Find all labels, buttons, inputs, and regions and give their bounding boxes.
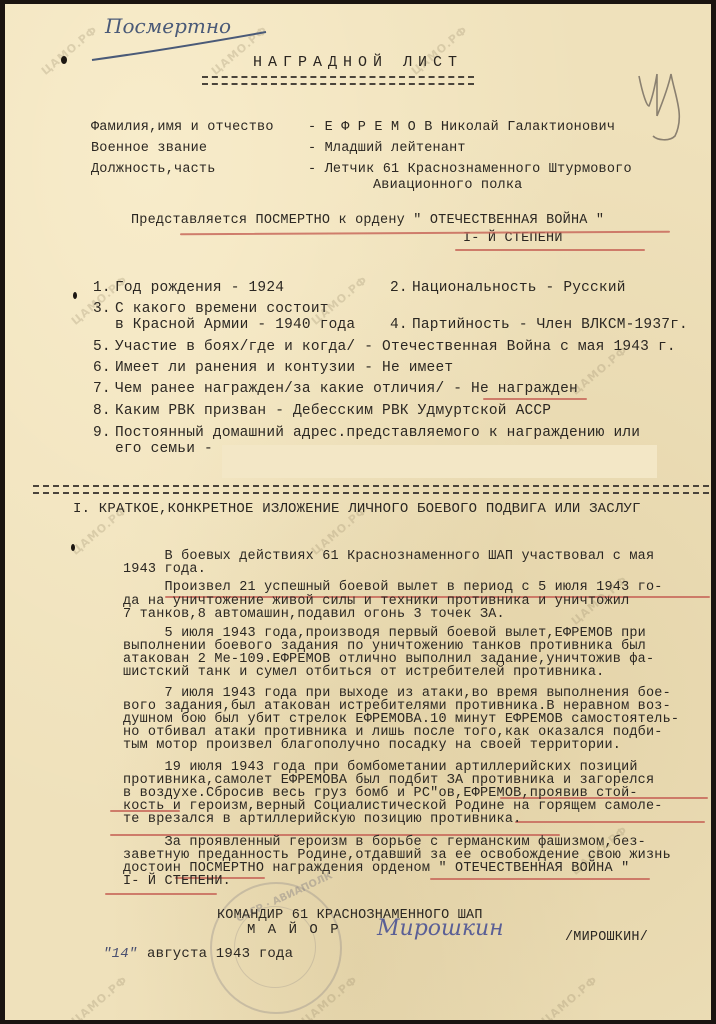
item-battles: 5.Участие в боях/где и когда/ - Отечеств… (93, 339, 676, 355)
value-rank: - Младший лейтенант (308, 141, 466, 156)
date-month-year: августа 1943 года (147, 946, 293, 962)
title-underline (202, 76, 474, 85)
watermark: ЦАМО.РФ (69, 973, 130, 1020)
commander-name: /МИРОШКИН/ (565, 930, 648, 945)
item-nationality: 2.Национальность - Русский (390, 280, 626, 296)
narrative-line: 7 танков,8 автомашин,подавил огонь 3 точ… (123, 609, 505, 622)
item-birth-year: 1.Год рождения - 1924 (93, 280, 284, 296)
section-separator (33, 485, 709, 494)
award-sheet-page: ЦАМО.РФ ЦАМО.РФ ЦАМО.РФ ЦАМО.РФ ЦАМО.РФ … (5, 4, 711, 1020)
red-underline (455, 249, 645, 251)
narrative-line: Произвел 21 успешный боевой вылет в пери… (123, 582, 663, 595)
narrative-line: те врезался в артиллерийскую позицию про… (123, 814, 521, 827)
value-position-unit-cont: Авиационного полка (373, 178, 522, 193)
red-underline (515, 821, 705, 823)
label-position-unit: Должность,часть (91, 162, 216, 177)
item-party: 4.Партийность - Член ВЛКСМ-1937г. (390, 317, 688, 333)
punch-hole (71, 544, 75, 551)
item-army-since: 3.С какого времени состоит (93, 301, 329, 317)
value-position-unit: - Летчик 61 Краснознаменного Штурмового (308, 162, 632, 177)
item-home-address: 9.Постоянный домашний адрес.представляем… (93, 425, 640, 441)
handwritten-signature: Мирошкин (377, 916, 504, 941)
narrative-line: 1943 года. (123, 564, 206, 577)
watermark: ЦАМО.РФ (539, 973, 600, 1020)
item-draft-office: 8.Каким РВК призван - Дебесским РВК Удму… (93, 403, 551, 419)
presentation-line-1: Представляется ПОСМЕРТНО к ордену " ОТЕЧ… (131, 213, 604, 228)
red-underline (105, 893, 217, 895)
date-day: "14" (103, 946, 137, 962)
red-underline (430, 878, 650, 880)
commander-rank: М А Й О Р (247, 922, 341, 938)
item-wounds: 6.Имеет ли ранения и контузии - Не имеет (93, 360, 453, 376)
section-heading: I. КРАТКОЕ,КОНКРЕТНОЕ ИЗЛОЖЕНИЕ ЛИЧНОГО … (73, 501, 641, 517)
red-underline (483, 398, 587, 400)
pencil-mark-icon (635, 66, 695, 146)
document-title: НАГРАДНОЙ ЛИСТ (5, 54, 711, 71)
label-rank: Военное звание (91, 141, 207, 156)
item-home-address-cont: его семьи - (115, 441, 213, 457)
punch-hole (73, 292, 77, 299)
value-full-name: - Е Ф Р Е М О В Николай Галактионович (308, 120, 615, 135)
narrative-line: I- Й СТЕПЕНИ. (123, 876, 231, 889)
narrative-line: шистский танк и сумел отбиться от истреб… (123, 667, 604, 680)
narrative-line: тым мотор произвел благополучно посадку … (123, 740, 621, 753)
red-underline (180, 231, 670, 236)
label-full-name: Фамилия,имя и отчество (91, 120, 274, 135)
redacted-address (222, 445, 657, 478)
item-prior-awards: 7.Чем ранее награжден/за какие отличия/ … (93, 381, 578, 397)
item-army-since-cont: в Красной Армии - 1940 года (115, 317, 355, 333)
